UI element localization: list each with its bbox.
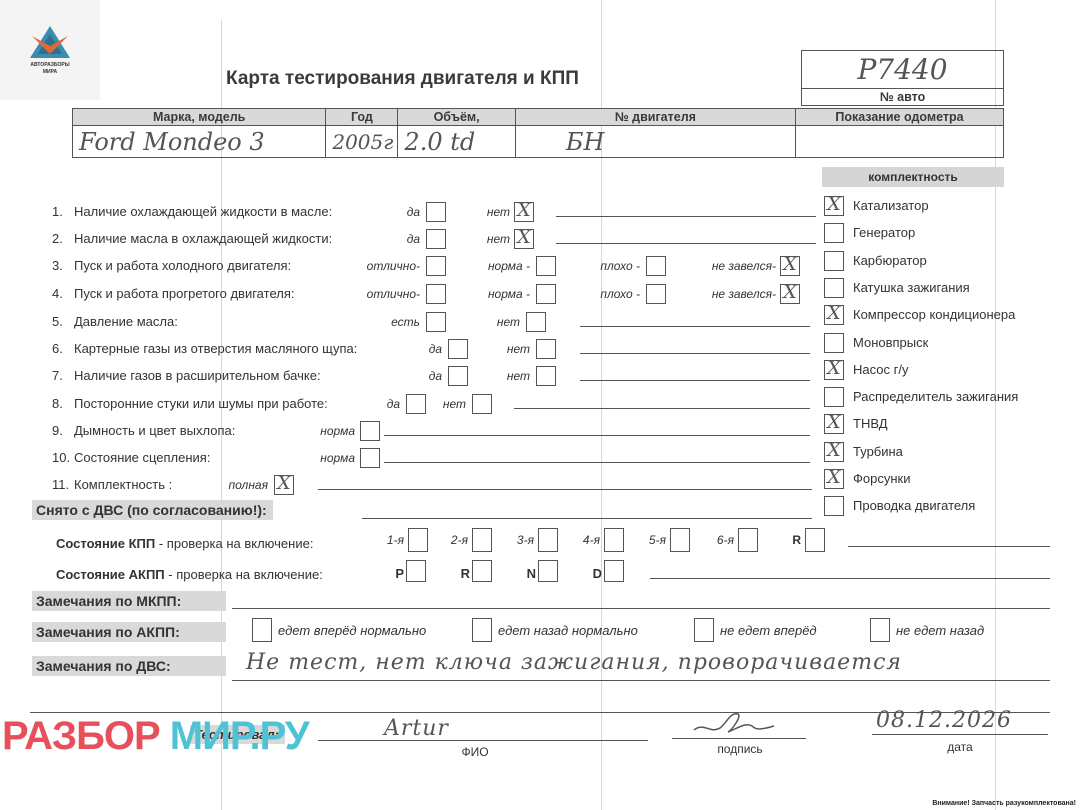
option-checkbox[interactable]: X: [514, 229, 534, 249]
option-checkbox[interactable]: [536, 284, 556, 304]
comment-field[interactable]: [514, 408, 810, 409]
check-mark-icon: X: [781, 281, 799, 303]
option-label: нет: [507, 369, 530, 383]
question-text: Наличие масла в охлаждающей жидкости:: [74, 231, 332, 246]
check-mark-icon: X: [515, 199, 533, 221]
removed-parts-label: Снято с ДВС (по согласованию!):: [32, 500, 273, 520]
option-checkbox[interactable]: [646, 256, 666, 276]
kpp-gear-label: 6-я: [717, 533, 734, 547]
question-text: Пуск и работа холодного двигателя:: [74, 258, 291, 273]
option-label: да: [407, 205, 420, 219]
header-year: Год: [326, 109, 398, 126]
option-checkbox[interactable]: [448, 366, 468, 386]
option-label: нет: [443, 397, 466, 411]
page-title: Карта тестирования двигателя и КПП: [226, 68, 579, 90]
header-engine-no: № двигателя: [515, 109, 795, 126]
question-2: 2.Наличие масла в охлаждающей жидкости:: [52, 231, 332, 246]
kpp-gear-checkbox[interactable]: [738, 528, 758, 552]
question-number: 3.: [52, 258, 74, 273]
kit-checkbox[interactable]: [824, 278, 844, 298]
option-checkbox[interactable]: [448, 339, 468, 359]
comment-field[interactable]: [556, 243, 816, 244]
question-text: Картерные газы из отверстия масляного щу…: [74, 341, 357, 356]
kit-checkbox[interactable]: [824, 496, 844, 516]
signature-caption: подпись: [700, 742, 780, 756]
odometer-value[interactable]: [795, 126, 1003, 158]
dvs-remarks-label: Замечания по ДВС:: [32, 656, 226, 676]
kpp-gear-checkbox[interactable]: [604, 528, 624, 552]
question-number: 10.: [52, 450, 74, 465]
akpp-remarks-label: Замечания по АКПП:: [32, 622, 226, 642]
dvs-remarks-value[interactable]: Не тест, нет ключа зажигания, проворачив…: [246, 650, 902, 675]
akpp-remark-label: не едет вперёд: [720, 623, 817, 638]
option-label: плохо -: [600, 259, 640, 273]
kit-header: комплектность: [822, 167, 1004, 187]
question-11: 11.Комплектность :: [52, 477, 172, 492]
option-checkbox[interactable]: [426, 312, 446, 332]
kpp-gear-label: R: [792, 533, 801, 547]
kit-checkbox[interactable]: X: [824, 469, 844, 489]
question-number: 11.: [52, 477, 74, 492]
question-number: 1.: [52, 204, 74, 219]
check-mark-icon: X: [781, 253, 799, 275]
comment-field[interactable]: [384, 435, 810, 436]
header-model: Марка, модель: [73, 109, 326, 126]
dvs-remarks-line: [232, 680, 1050, 681]
logo-text-line2: МИРА: [0, 69, 100, 75]
akpp-gear-checkbox[interactable]: [538, 560, 558, 582]
question-5: 5.Давление масла:: [52, 314, 178, 329]
kit-item-label: ТНВД: [853, 416, 888, 431]
option-label: не завелся-: [712, 287, 776, 301]
kpp-notes-field[interactable]: [848, 546, 1050, 547]
option-checkbox[interactable]: [536, 366, 556, 386]
akpp-label-rest: - проверка на включение:: [165, 567, 323, 582]
option-checkbox[interactable]: X: [780, 284, 800, 304]
check-mark-icon: X: [825, 466, 843, 488]
option-label: нет: [507, 342, 530, 356]
tester-name-line: [318, 740, 648, 741]
question-number: 9.: [52, 423, 74, 438]
option-label: нет: [487, 232, 510, 246]
akpp-gear-label: R: [461, 566, 470, 581]
kpp-gear-checkbox[interactable]: [805, 528, 825, 552]
kpp-label-bold: Состояние КПП: [56, 536, 155, 551]
akpp-gear-label: N: [527, 566, 536, 581]
watermark-logo: РАЗБОР МИР.РУ: [2, 714, 309, 759]
option-checkbox[interactable]: [426, 229, 446, 249]
option-checkbox[interactable]: [426, 202, 446, 222]
check-mark-icon: X: [825, 439, 843, 461]
signature-image[interactable]: [690, 708, 780, 738]
akpp-remark-checkbox[interactable]: [694, 618, 714, 642]
kit-item-label: Генератор: [853, 225, 915, 240]
comment-field[interactable]: [318, 489, 812, 490]
question-number: 5.: [52, 314, 74, 329]
kit-checkbox[interactable]: X: [824, 305, 844, 325]
kit-item-label: Моновпрыск: [853, 335, 928, 350]
question-text: Дымность и цвет выхлопа:: [74, 423, 235, 438]
kit-checkbox[interactable]: X: [824, 196, 844, 216]
model-value[interactable]: Ford Mondeo 3: [73, 126, 326, 158]
comment-field[interactable]: [580, 380, 810, 381]
kit-item-label: Насос г/у: [853, 362, 908, 377]
option-label: есть: [391, 315, 420, 329]
akpp-remark-checkbox[interactable]: [870, 618, 890, 642]
question-number: 4.: [52, 286, 74, 301]
akpp-check-label: Состояние АКПП - проверка на включение:: [56, 567, 323, 582]
date-caption: дата: [930, 740, 990, 754]
kit-item-label: Турбина: [853, 444, 903, 459]
option-checkbox[interactable]: [472, 394, 492, 414]
question-text: Посторонние стуки или шумы при работе:: [74, 396, 328, 411]
akpp-gear-checkbox[interactable]: [472, 560, 492, 582]
option-label: норма -: [488, 287, 530, 301]
logo-text-line1: АВТОРАЗБОРЫ: [0, 62, 100, 68]
question-text: Состояние сцепления:: [74, 450, 210, 465]
check-mark-icon: X: [825, 411, 843, 433]
kit-checkbox[interactable]: X: [824, 442, 844, 462]
option-checkbox[interactable]: X: [274, 475, 294, 495]
mkpp-remarks-field[interactable]: [232, 608, 1050, 609]
akpp-gear-label: D: [593, 566, 602, 581]
kpp-gear-label: 3-я: [517, 533, 534, 547]
option-checkbox[interactable]: [360, 448, 380, 468]
year-value[interactable]: 2005г: [326, 126, 398, 158]
question-number: 6.: [52, 341, 74, 356]
akpp-remark-checkbox[interactable]: [472, 618, 492, 642]
question-4: 4.Пуск и работа прогретого двигателя:: [52, 286, 294, 301]
header-volume: Объём,: [398, 109, 515, 126]
option-checkbox[interactable]: [360, 421, 380, 441]
kpp-gear-checkbox[interactable]: [472, 528, 492, 552]
option-label: отлично-: [367, 287, 420, 301]
option-label: плохо -: [600, 287, 640, 301]
question-number: 2.: [52, 231, 74, 246]
check-mark-icon: X: [275, 472, 293, 494]
kpp-gear-label: 1-я: [387, 533, 404, 547]
kit-checkbox[interactable]: [824, 223, 844, 243]
option-label: да: [387, 397, 400, 411]
check-mark-icon: X: [825, 193, 843, 215]
car-number-label: № авто: [802, 89, 1004, 106]
kit-item-label: Распределитель зажигания: [853, 389, 1018, 404]
watermark-part2: МИР.РУ: [170, 714, 309, 758]
footer-warning: Внимание! Запчасть разукомплектована!: [932, 800, 1076, 807]
kit-checkbox[interactable]: [824, 387, 844, 407]
date-line: [872, 734, 1048, 735]
comment-field[interactable]: [556, 216, 816, 217]
akpp-label-bold: Состояние АКПП: [56, 567, 165, 582]
kpp-gear-label: 4-я: [583, 533, 600, 547]
akpp-remark-checkbox[interactable]: [252, 618, 272, 642]
question-text: Давление масла:: [74, 314, 178, 329]
option-checkbox[interactable]: X: [514, 202, 534, 222]
check-mark-icon: X: [825, 357, 843, 379]
option-checkbox[interactable]: [406, 394, 426, 414]
mkpp-remarks-label: Замечания по МКПП:: [32, 591, 226, 611]
check-mark-icon: X: [515, 226, 533, 248]
option-checkbox[interactable]: [536, 256, 556, 276]
akpp-gear-label: P: [395, 566, 404, 581]
kpp-gear-checkbox[interactable]: [538, 528, 558, 552]
question-text: Наличие охлаждающей жидкости в масле:: [74, 204, 332, 219]
question-1: 1.Наличие охлаждающей жидкости в масле:: [52, 204, 332, 219]
option-checkbox[interactable]: [526, 312, 546, 332]
kpp-gear-checkbox[interactable]: [408, 528, 428, 552]
kit-item-label: Проводка двигателя: [853, 498, 975, 513]
comment-field[interactable]: [580, 353, 810, 354]
option-label: норма: [320, 424, 355, 438]
option-label: норма -: [488, 259, 530, 273]
car-number-box: Р7440 № авто: [801, 50, 1004, 106]
question-number: 8.: [52, 396, 74, 411]
kit-item-label: Компрессор кондиционера: [853, 307, 1015, 322]
logo-mountain-icon: [28, 24, 72, 60]
question-6: 6.Картерные газы из отверстия масляного …: [52, 341, 357, 356]
check-mark-icon: X: [825, 302, 843, 324]
option-checkbox[interactable]: [426, 256, 446, 276]
header-odometer: Показание одометра: [795, 109, 1003, 126]
engine-no-value[interactable]: БН: [515, 126, 795, 158]
option-label: отлично-: [367, 259, 420, 273]
option-label: да: [429, 342, 442, 356]
volume-value[interactable]: 2.0 td: [398, 126, 515, 158]
akpp-notes-field[interactable]: [650, 578, 1050, 579]
question-10: 10.Состояние сцепления:: [52, 450, 210, 465]
car-number-value: Р7440: [802, 51, 1004, 89]
kit-checkbox[interactable]: X: [824, 414, 844, 434]
comment-field[interactable]: [580, 326, 810, 327]
option-label: полная: [229, 478, 268, 492]
kpp-check-label: Состояние КПП - проверка на включение:: [56, 536, 313, 551]
question-number: 7.: [52, 368, 74, 383]
question-text: Наличие газов в расширительном бачке:: [74, 368, 321, 383]
kpp-gear-label: 5-я: [649, 533, 666, 547]
vehicle-info-table: Марка, модель Год Объём, № двигателя Пок…: [72, 108, 1004, 158]
watermark-part1: РАЗБОР: [2, 714, 160, 758]
question-text: Комплектность :: [74, 477, 172, 492]
option-checkbox[interactable]: [426, 284, 446, 304]
kpp-gear-label: 2-я: [451, 533, 468, 547]
kit-item-label: Карбюратор: [853, 253, 927, 268]
option-label: нет: [497, 315, 520, 329]
option-checkbox[interactable]: [536, 339, 556, 359]
kit-checkbox[interactable]: X: [824, 360, 844, 380]
kit-item-label: Форсунки: [853, 471, 910, 486]
akpp-remark-label: едет назад нормально: [498, 623, 638, 638]
kit-item-label: Катализатор: [853, 198, 929, 213]
kit-checkbox[interactable]: [824, 333, 844, 353]
option-label: да: [407, 232, 420, 246]
date-value[interactable]: 08.12.2026: [876, 708, 1012, 733]
tester-name-value[interactable]: Artur: [384, 716, 449, 741]
question-3: 3.Пуск и работа холодного двигателя:: [52, 258, 291, 273]
option-label: нет: [487, 205, 510, 219]
company-logo: АВТОРАЗБОРЫ МИРА: [0, 0, 100, 100]
kpp-gear-checkbox[interactable]: [670, 528, 690, 552]
kit-item-label: Катушка зажигания: [853, 280, 970, 295]
akpp-remark-label: не едет назад: [896, 623, 984, 638]
signature-line: [672, 738, 806, 739]
option-checkbox[interactable]: X: [780, 256, 800, 276]
option-checkbox[interactable]: [646, 284, 666, 304]
comment-field[interactable]: [384, 462, 810, 463]
removed-parts-field[interactable]: [362, 518, 812, 519]
question-text: Пуск и работа прогретого двигателя:: [74, 286, 294, 301]
akpp-remark-label: едет вперёд нормально: [278, 623, 426, 638]
question-9: 9.Дымность и цвет выхлопа:: [52, 423, 235, 438]
name-caption: ФИО: [440, 745, 510, 759]
option-label: да: [429, 369, 442, 383]
option-label: не завелся-: [712, 259, 776, 273]
question-8: 8.Посторонние стуки или шумы при работе:: [52, 396, 328, 411]
akpp-gear-checkbox[interactable]: [604, 560, 624, 582]
option-label: норма: [320, 451, 355, 465]
kpp-label-rest: - проверка на включение:: [155, 536, 313, 551]
question-7: 7.Наличие газов в расширительном бачке:: [52, 368, 321, 383]
akpp-gear-checkbox[interactable]: [406, 560, 426, 582]
kit-checkbox[interactable]: [824, 251, 844, 271]
